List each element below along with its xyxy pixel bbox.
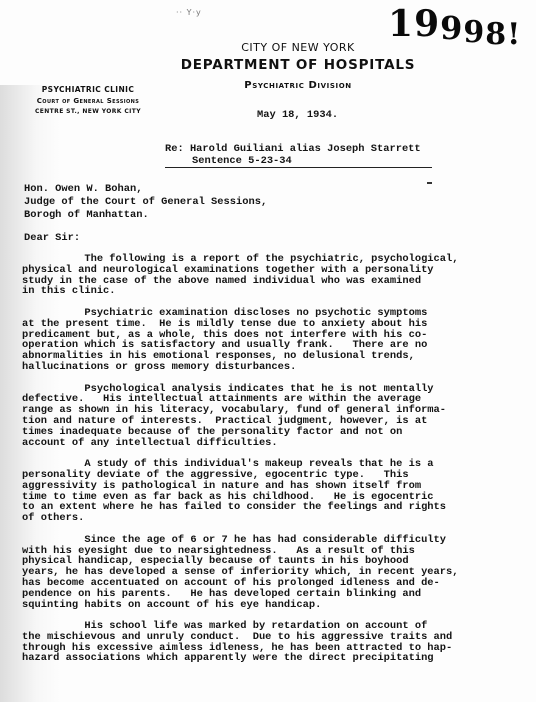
addressee-line: Borogh of Manhattan. xyxy=(24,209,267,222)
letter-date: May 18, 1934. xyxy=(257,109,338,121)
addressee-line: Judge of the Court of General Sessions, xyxy=(24,196,267,209)
clinic-name: PSYCHIATRIC CLINIC xyxy=(8,85,168,94)
body-line: hazard associations which apparently wer… xyxy=(22,653,532,664)
clinic-street: CENTRE ST., NEW YORK CITY xyxy=(8,108,168,115)
clinic-court: Court of General Sessions xyxy=(8,97,168,105)
body-paragraph: A study of this individual's makeup reve… xyxy=(22,459,532,524)
letterhead-department: DEPARTMENT OF HOSPITALS xyxy=(30,57,536,73)
letterhead-city: CITY OF NEW YORK xyxy=(30,41,536,54)
body-paragraph: Since the age of 6 or 7 he has had consi… xyxy=(22,535,532,611)
body-line: account of any intellectual difficulties… xyxy=(22,438,532,449)
body-line: physical and neurological examinations t… xyxy=(22,265,532,276)
addressee-block: Hon. Owen W. Bohan, Judge of the Court o… xyxy=(24,183,267,222)
subject-sentence: Sentence 5-23-34 xyxy=(165,155,421,167)
body-line: aggressivity is pathological in nature a… xyxy=(22,481,532,492)
body-paragraph: The following is a report of the psychia… xyxy=(22,254,532,297)
body-line: squinting habits on account of his eye h… xyxy=(22,600,532,611)
top-ink-mark: ·· Y·y xyxy=(176,8,202,17)
letter-page: ·· Y·y 19998! CITY OF NEW YORK DEPARTMEN… xyxy=(0,0,536,702)
body-paragraph: Psychological analysis indicates that he… xyxy=(22,384,532,449)
body-line: times inadequate because of the personal… xyxy=(22,427,532,438)
body-line: in this clinic. xyxy=(22,286,532,297)
body-paragraph: His school life was marked by retardatio… xyxy=(22,621,532,664)
body-line: at the present time. He is mildly tense … xyxy=(22,319,532,330)
subject-line: Re: Harold Guiliani alias Joseph Starret… xyxy=(165,143,421,167)
body-line: of others. xyxy=(22,513,532,524)
salutation: Dear Sir: xyxy=(24,232,80,244)
subject-name: Re: Harold Guiliani alias Joseph Starret… xyxy=(165,143,421,155)
letter-body: The following is a report of the psychia… xyxy=(22,254,532,675)
body-line: Since the age of 6 or 7 he has had consi… xyxy=(22,535,532,546)
ink-dash xyxy=(427,182,432,184)
body-line: hallucinations or gross memory disturban… xyxy=(22,362,532,373)
stamp-digit: 1 xyxy=(388,3,414,45)
clinic-address-block: PSYCHIATRIC CLINIC Court of General Sess… xyxy=(8,85,168,115)
stamp-digit: 9 xyxy=(414,3,440,45)
body-line: pendence on his parents. He has develope… xyxy=(22,589,532,600)
addressee-line: Hon. Owen W. Bohan, xyxy=(24,183,267,196)
body-paragraph: Psychiatric examination discloses no psy… xyxy=(22,308,532,373)
subject-underline xyxy=(165,167,432,168)
body-line: to an extent where he has failed to cons… xyxy=(22,502,532,513)
